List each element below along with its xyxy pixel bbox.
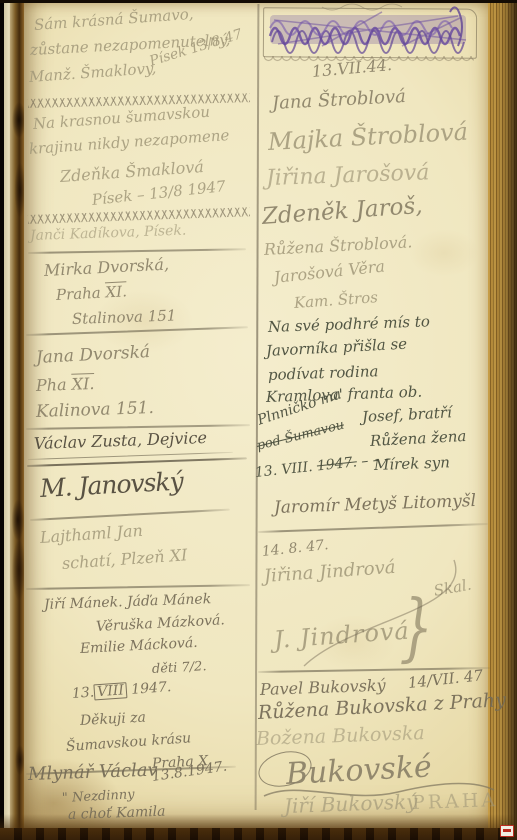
bukovsky-city: PRAHA <box>412 791 499 813</box>
jindra-flourish <box>292 548 472 678</box>
trailing-dashes: – – – <box>360 451 391 470</box>
city-prefix: Pha <box>36 375 72 395</box>
city-prefix: Praha <box>56 283 106 304</box>
guestbook-page-scan: Sám krásná Šumavo, zůstane nezapomenutel… <box>0 0 517 840</box>
bukovsky-jiri: Jiří Bukovský <box>284 791 418 816</box>
entry-mirka-dvorska-street: Stalinova 151 <box>72 308 177 327</box>
entry-jana-dvorska-city: Pha XI. <box>36 376 95 394</box>
entry-signature-janovsky: M. Janovský <box>39 469 183 501</box>
entry-manek-children: děti 7/2. <box>152 660 207 676</box>
city-roman-numeral: XI. <box>71 374 94 394</box>
date-day: 13. <box>71 684 94 702</box>
date-year: 1947. <box>126 679 172 698</box>
entry-mlynar-name: Mlynář Václav <box>28 761 158 784</box>
entry-mlynar-line3: a choť Kamila <box>68 805 166 822</box>
kraml-entry-line3: podívat rodina <box>268 364 379 383</box>
name-jirina-jarosova: Jiřina Jarošová <box>266 162 430 190</box>
bukovsky-pavel: Pavel Bukovský <box>260 678 386 698</box>
stamp-scribble <box>262 2 478 60</box>
entry-manek-thanks1: Děkuji za <box>80 711 147 728</box>
page-stack-edge-right <box>488 0 517 840</box>
book-edge-bottom <box>0 828 517 840</box>
date-month-boxed: VIII <box>94 682 128 700</box>
entry-jana-dvorska-street: Kalinova 151. <box>36 400 154 421</box>
entry-mlynar-line2: " Nezdinny <box>62 788 135 805</box>
city-roman-numeral: XI. <box>105 282 127 301</box>
page-marker-icon <box>500 825 514 837</box>
entry-mirka-dvorska-city: Praha XI. <box>56 284 128 303</box>
